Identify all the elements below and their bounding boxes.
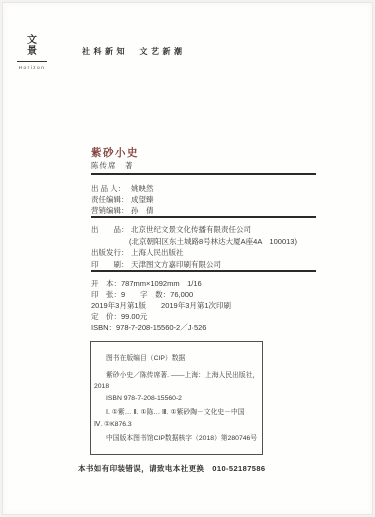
spec-isbn: ISBN：978-7-208-15560-2／J·526 (91, 322, 231, 333)
credit-row-editor: 责任编辑：成望臻 (91, 194, 154, 205)
spec-sheets-wordcount: 印 张：9 字 数：76,000 (91, 289, 231, 300)
publisher-logo: 文 景 Horizon (17, 35, 47, 70)
publishing-value: 北京世纪文景文化传播有限责任公司 (131, 225, 251, 234)
cip-classification-line: Ⅰ. ①紫… Ⅱ. ①陈… Ⅲ. ①紫砂陶－文化史－中国 (106, 407, 262, 419)
publisher-slogan: 社科新知 文艺新潮 (82, 46, 186, 57)
copyright-page: 文 景 Horizon 社科新知 文艺新潮 紫砂小史 陈传席 著 出 品 人：姚… (2, 2, 373, 515)
cip-class-code-line: Ⅳ. ①K876.3 (94, 419, 262, 431)
spec-format: 开 本：787mm×1092mm 1/16 (91, 278, 231, 289)
book-title: 紫砂小史 (91, 145, 139, 160)
logo-char-jing: 景 (17, 46, 47, 57)
cip-year-line: 2018 (94, 381, 262, 393)
book-author: 陈传席 著 (91, 160, 134, 171)
spec-edition: 2019年3月第1版 2019年3月第1次印刷 (91, 300, 231, 311)
logo-char-wen: 文 (17, 35, 47, 46)
cip-registry-line: 中国版本图书馆CIP数据核字（2018）第280746号 (106, 433, 262, 445)
credit-value: 成望臻 (131, 195, 154, 204)
publishing-row-publisher: 出版发行：上海人民出版社 (91, 247, 297, 259)
publishing-block: 出 品：北京世纪文景文化传播有限责任公司 (北京朝阳区东土城路8号林达大厦A座4… (91, 224, 297, 270)
credit-value: 孙 倩 (131, 206, 154, 215)
credit-row-producer: 出 品 人：姚映然 (91, 183, 154, 194)
divider-bottom (91, 270, 316, 272)
publishing-label: 出 品： (91, 224, 131, 236)
logo-divider (17, 61, 47, 62)
credit-value: 姚映然 (131, 184, 154, 193)
misprint-notice: 本书如有印装错误，请致电本社更换 010-52187586 (78, 463, 265, 474)
cip-isbn-line: ISBN 978-7-208-15560-2 (106, 393, 262, 405)
cip-data-box: 图书在版编目（CIP）数据 紫砂小史／陈传席著. ——上海：上海人民出版社， 2… (90, 341, 263, 455)
credit-label: 出 品 人： (91, 183, 131, 194)
divider-middle (91, 216, 316, 218)
spec-price: 定 价：99.00元 (91, 311, 231, 322)
publishing-value: 天津图文方嘉印刷有限公司 (131, 260, 221, 269)
publishing-row-producer: 出 品：北京世纪文景文化传播有限责任公司 (91, 224, 297, 236)
credit-label: 营销编辑： (91, 205, 131, 216)
divider-top (91, 173, 316, 175)
credit-label: 责任编辑： (91, 194, 131, 205)
publisher-address: (北京朝阳区东土城路8号林达大厦A座4A 100013) (129, 236, 297, 248)
print-spec-block: 开 本：787mm×1092mm 1/16 印 张：9 字 数：76,000 2… (91, 278, 231, 333)
publishing-value: 上海人民出版社 (131, 248, 184, 257)
credits-block: 出 品 人：姚映然 责任编辑：成望臻 营销编辑：孙 倩 (91, 183, 154, 216)
publishing-row-printer: 印 刷：天津图文方嘉印刷有限公司 (91, 259, 297, 271)
publishing-label: 印 刷： (91, 259, 131, 271)
logo-horizon-text: Horizon (17, 65, 47, 70)
cip-title-line: 紫砂小史／陈传席著. ——上海：上海人民出版社， (106, 370, 262, 382)
cip-heading: 图书在版编目（CIP）数据 (106, 353, 262, 365)
credit-row-marketing: 营销编辑：孙 倩 (91, 205, 154, 216)
publishing-label: 出版发行： (91, 247, 131, 259)
